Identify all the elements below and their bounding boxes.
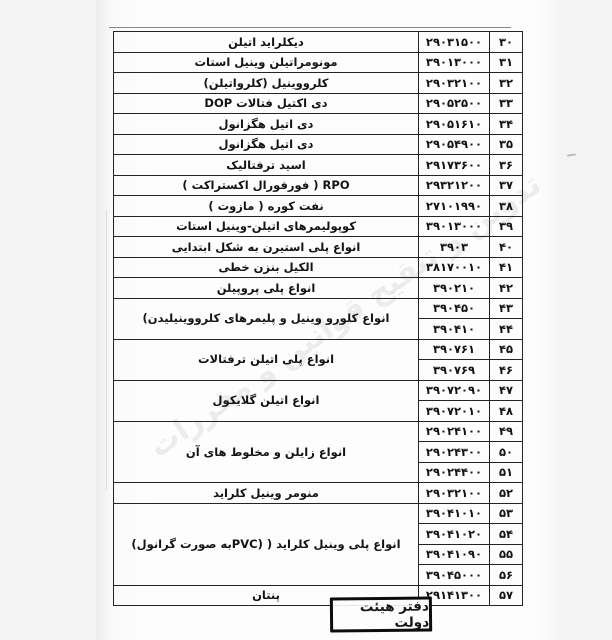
table-row: ۳۱۳۹۰۱۳۰۰۰مونومراتیلن وینیل استات — [114, 52, 523, 73]
product-name-cell: دی اتیل هگزانول — [114, 114, 419, 135]
product-name-cell: دیکلراید اتیلن — [114, 32, 419, 53]
row-number-cell: ۳۱ — [490, 52, 523, 73]
row-number-cell: ۳۷ — [490, 175, 523, 196]
product-name-cell: انواع پلی اتیلن ترفتالات — [114, 339, 419, 380]
row-number-cell: ۴۴ — [490, 319, 523, 340]
row-number-cell: ۳۰ — [490, 32, 523, 53]
tariff-code-cell: ۲۹۳۲۱۲۰۰ — [419, 175, 490, 196]
product-name-cell: منومر وینیل کلراید — [114, 483, 419, 504]
tariff-code-cell: ۳۹۰۴۵۰ — [419, 298, 490, 319]
tariff-code-cell: ۳۹۰۱۳۰۰۰ — [419, 216, 490, 237]
tariff-code-cell: ۲۹۰۲۴۱۰۰ — [419, 421, 490, 442]
product-name-cell: انواع زایلن و مخلوط های آن — [114, 421, 419, 483]
product-name-cell: مونومراتیلن وینیل استات — [114, 52, 419, 73]
row-number-cell: ۴۰ — [490, 237, 523, 258]
row-number-cell: ۵۲ — [490, 483, 523, 504]
row-number-cell: ۵۱ — [490, 462, 523, 483]
tariff-table-body: ۳۰۲۹۰۳۱۵۰۰دیکلراید اتیلن۳۱۳۹۰۱۳۰۰۰مونومر… — [114, 32, 523, 606]
row-number-cell: ۴۱ — [490, 257, 523, 278]
table-row: ۳۰۲۹۰۳۱۵۰۰دیکلراید اتیلن — [114, 32, 523, 53]
product-name-cell: اسید ترفتالیک — [114, 155, 419, 176]
product-name-cell: الکیل بنزن خطی — [114, 257, 419, 278]
row-number-cell: ۳۳ — [490, 93, 523, 114]
table-row: ۳۳۲۹۰۵۲۵۰۰دی اکتیل فتالات DOP — [114, 93, 523, 114]
tariff-code-cell: ۳۹۰۱۳۰۰۰ — [419, 52, 490, 73]
tariff-code-cell: ۳۹۰۴۱۰۱۰ — [419, 503, 490, 524]
tariff-code-cell: ۳۹۰۷۶۹ — [419, 360, 490, 381]
table-row: ۳۵۲۹۰۵۴۹۰۰دی اتیل هگزانول — [114, 134, 523, 155]
product-name-cell: دی اکتیل فتالات DOP — [114, 93, 419, 114]
table-row: ۴۵۳۹۰۷۶۱انواع پلی اتیلن ترفتالات — [114, 339, 523, 360]
table-row: ۳۹۳۹۰۱۳۰۰۰کوپولیمرهای اتیلن-وینیل استات — [114, 216, 523, 237]
tariff-table: ۳۰۲۹۰۳۱۵۰۰دیکلراید اتیلن۳۱۳۹۰۱۳۰۰۰مونومر… — [113, 31, 523, 606]
tariff-code-cell: ۳۹۰۷۶۱ — [419, 339, 490, 360]
table-row: ۵۲۲۹۰۳۲۱۰۰منومر وینیل کلراید — [114, 483, 523, 504]
row-number-cell: ۳۶ — [490, 155, 523, 176]
product-name-cell: انواع پلی پروپیلن — [114, 278, 419, 299]
row-number-cell: ۳۹ — [490, 216, 523, 237]
tariff-code-cell: ۳۸۱۷۰۰۱۰ — [419, 257, 490, 278]
table-row: ۴۹۲۹۰۲۴۱۰۰انواع زایلن و مخلوط های آن — [114, 421, 523, 442]
table-row: ۴۰۳۹۰۳انواع پلی استیرن به شکل ابتدایی — [114, 237, 523, 258]
row-number-cell: ۵۵ — [490, 544, 523, 565]
table-row: ۳۲۲۹۰۳۲۱۰۰کلرووینیل (کلرواتیلن) — [114, 73, 523, 94]
product-name-cell: انواع کلورو وینیل و پلیمرهای کلرووینیلید… — [114, 298, 419, 339]
table-row: ۴۱۳۸۱۷۰۰۱۰الکیل بنزن خطی — [114, 257, 523, 278]
row-number-cell: ۴۷ — [490, 380, 523, 401]
table-row: ۵۷۲۹۱۴۱۳۰۰پنتان — [114, 585, 523, 606]
tariff-code-cell: ۲۷۱۰۱۹۹۰ — [419, 196, 490, 217]
product-name-cell: RPO ( فورفورال اکستراکت ) — [114, 175, 419, 196]
tariff-code-cell: ۲۹۰۲۴۴۰۰ — [419, 462, 490, 483]
table-row: ۳۷۲۹۳۲۱۲۰۰RPO ( فورفورال اکستراکت ) — [114, 175, 523, 196]
row-number-cell: ۳۸ — [490, 196, 523, 217]
tariff-code-cell: ۳۹۰۴۱۰۲۰ — [419, 524, 490, 545]
product-name-cell: کلرووینیل (کلرواتیلن) — [114, 73, 419, 94]
tariff-code-cell: ۳۹۰۴۱۰ — [419, 319, 490, 340]
tariff-code-cell: ۲۹۰۳۲۱۰۰ — [419, 73, 490, 94]
product-name-cell: نفت کوره ( مازوت ) — [114, 196, 419, 217]
row-number-cell: ۴۲ — [490, 278, 523, 299]
table-row: ۴۷۳۹۰۷۲۰۹۰انواع اتیلن گلایکول — [114, 380, 523, 401]
tariff-code-cell: ۲۹۰۵۲۵۰۰ — [419, 93, 490, 114]
tariff-code-cell: ۲۹۰۵۱۶۱۰ — [419, 114, 490, 135]
tariff-code-cell: ۲۹۰۳۲۱۰۰ — [419, 483, 490, 504]
scan-fold-artifact — [106, 210, 107, 490]
table-row: ۳۶۲۹۱۷۳۶۰۰اسید ترفتالیک — [114, 155, 523, 176]
tariff-code-cell: ۳۹۰۳ — [419, 237, 490, 258]
tariff-code-cell: ۳۹۰۲۱۰ — [419, 278, 490, 299]
product-name-cell: دی اتیل هگزانول — [114, 134, 419, 155]
row-number-cell: ۵۴ — [490, 524, 523, 545]
row-number-cell: ۴۳ — [490, 298, 523, 319]
row-number-cell: ۴۹ — [490, 421, 523, 442]
row-number-cell: ۵۷ — [490, 585, 523, 606]
table-row: ۴۲۳۹۰۲۱۰انواع پلی پروپیلن — [114, 278, 523, 299]
tariff-code-cell: ۲۹۰۲۴۳۰۰ — [419, 442, 490, 463]
row-number-cell: ۵۳ — [490, 503, 523, 524]
scan-speck-artifact — [567, 153, 576, 156]
table-row: ۳۴۲۹۰۵۱۶۱۰دی اتیل هگزانول — [114, 114, 523, 135]
table-top-double-rule — [109, 27, 511, 28]
product-name-cell: انواع اتیلن گلایکول — [114, 380, 419, 421]
table-row: ۳۸۲۷۱۰۱۹۹۰نفت کوره ( مازوت ) — [114, 196, 523, 217]
cabinet-office-stamp: دفتر هیئت دولت — [330, 596, 432, 632]
table-row: ۴۳۳۹۰۴۵۰انواع کلورو وینیل و پلیمرهای کلر… — [114, 298, 523, 319]
tariff-code-cell: ۲۹۰۵۴۹۰۰ — [419, 134, 490, 155]
row-number-cell: ۳۴ — [490, 114, 523, 135]
row-number-cell: ۵۶ — [490, 565, 523, 586]
scanned-document-page: { "watermark": { "text": "تدوین و تنقیح … — [0, 0, 612, 640]
row-number-cell: ۴۶ — [490, 360, 523, 381]
row-number-cell: ۵۰ — [490, 442, 523, 463]
row-number-cell: ۳۵ — [490, 134, 523, 155]
row-number-cell: ۳۲ — [490, 73, 523, 94]
tariff-code-cell: ۳۹۰۷۲۰۱۰ — [419, 401, 490, 422]
product-name-cell: انواع پلی استیرن به شکل ابتدایی — [114, 237, 419, 258]
tariff-code-cell: ۲۹۰۳۱۵۰۰ — [419, 32, 490, 53]
product-name-cell: انواع پلی وینیل کلراید ( (PVCبه صورت گرا… — [114, 503, 419, 585]
tariff-code-cell: ۳۹۰۷۲۰۹۰ — [419, 380, 490, 401]
row-number-cell: ۴۸ — [490, 401, 523, 422]
tariff-code-cell: ۳۹۰۴۵۰۰۰ — [419, 565, 490, 586]
tariff-code-cell: ۳۹۰۴۱۰۹۰ — [419, 544, 490, 565]
row-number-cell: ۴۵ — [490, 339, 523, 360]
table-row: ۵۳۳۹۰۴۱۰۱۰انواع پلی وینیل کلراید ( (PVCب… — [114, 503, 523, 524]
product-name-cell: کوپولیمرهای اتیلن-وینیل استات — [114, 216, 419, 237]
tariff-code-cell: ۲۹۱۷۳۶۰۰ — [419, 155, 490, 176]
